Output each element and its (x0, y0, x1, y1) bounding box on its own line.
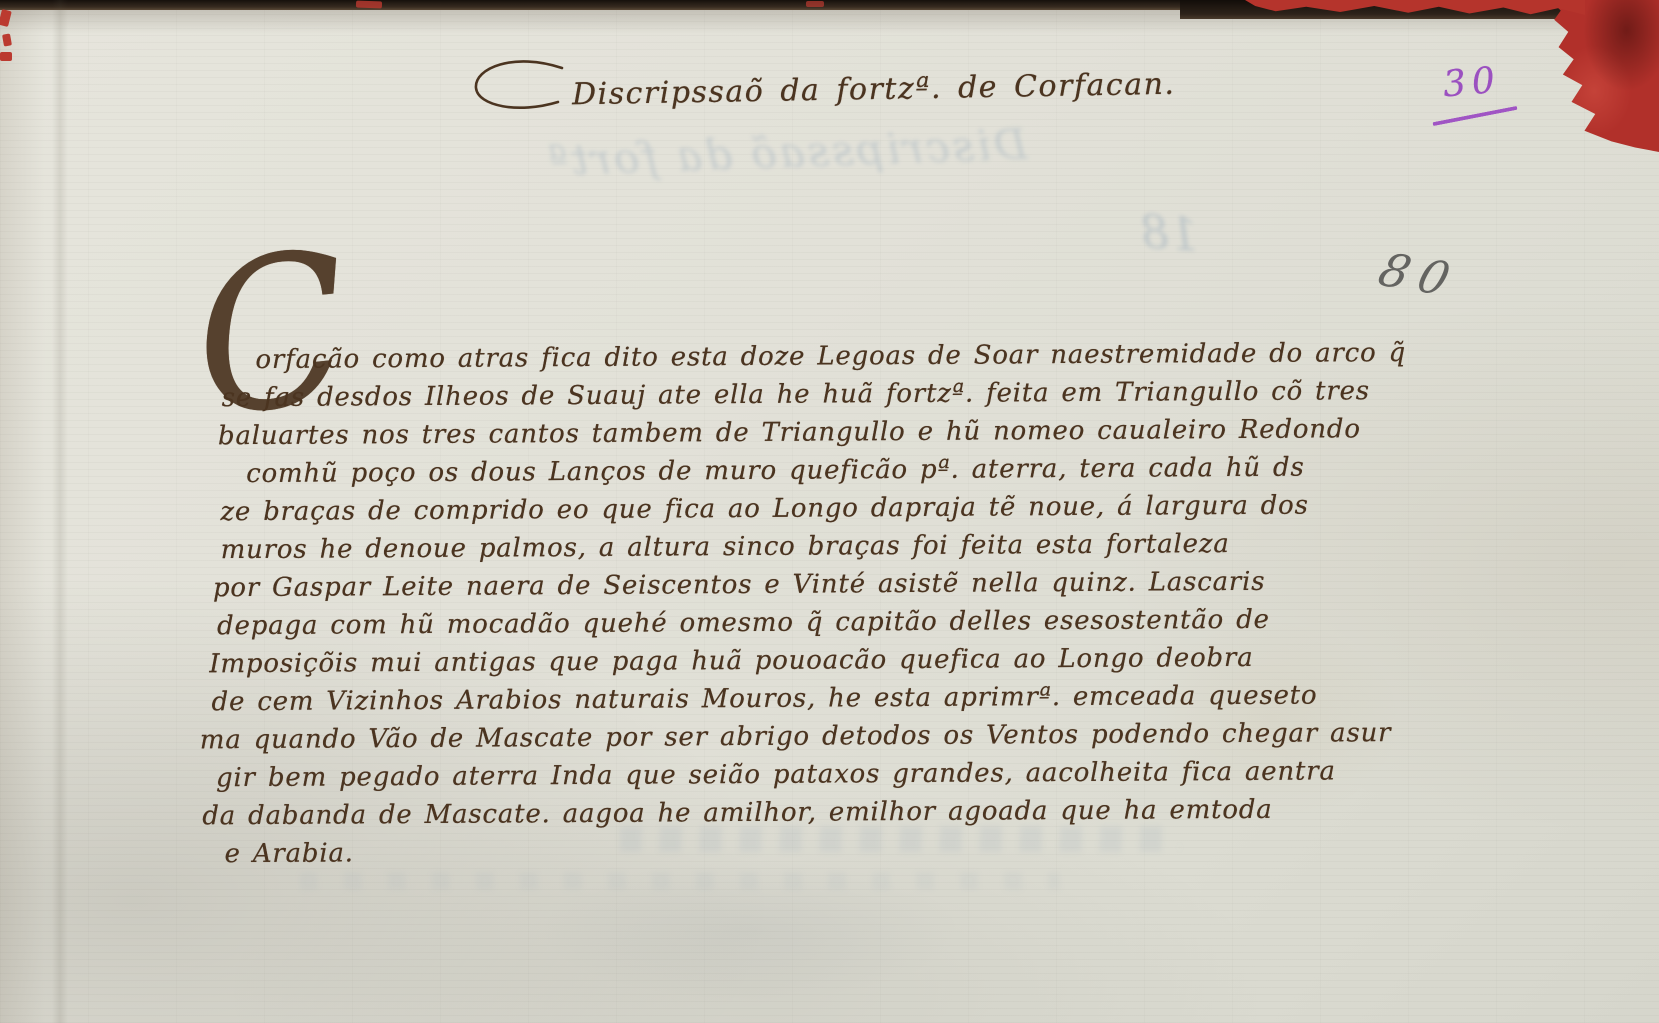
manuscript-line: gir bem pegado aterra Inda que seião pat… (216, 753, 1281, 798)
manuscript-line: por Gaspar Leite naera de Seiscentos e V… (213, 563, 1280, 608)
red-edge-speck (0, 52, 12, 61)
bleedthrough-number: 18 (1138, 204, 1200, 262)
folio-underline (1432, 106, 1517, 126)
page-crease (52, 0, 68, 1023)
red-edge-speck (0, 9, 12, 27)
manuscript-line: orfacão como atras fica dito esta doze L… (255, 335, 1278, 379)
manuscript-body: orfacão como atras fica dito esta doze L… (203, 335, 1281, 874)
manuscript-line: depaga com hũ mocadão quehé omesmo q̃ ca… (217, 601, 1280, 645)
bleedthrough-smudge (300, 872, 1060, 890)
manuscript-line: ma quando Vão de Mascate por ser abrigo … (200, 715, 1281, 760)
manuscript-line: comhũ poço os dous Lanços de muro quefic… (246, 449, 1279, 493)
manuscript-line: de cem Vizinhos Arabios naturais Mouros,… (211, 677, 1280, 722)
folio-number: 30 (1441, 60, 1502, 106)
page-title: Discripssaõ da fortzª. de Corfacan. (572, 66, 1176, 112)
red-fore-edge (1551, 0, 1659, 152)
manuscript-line: e Arabia. (224, 829, 1281, 873)
red-edge-speck (806, 1, 824, 7)
inventory-number: 80 (1373, 243, 1467, 307)
manuscript-line: da dabanda de Mascate. aagoa he amilhor,… (202, 791, 1281, 836)
red-edge-speck (2, 33, 12, 46)
manuscript-line: ze braças de comprido eo que fica ao Lon… (220, 487, 1279, 531)
manuscript-scan: Discripssaõ da fortª 18 Discripssaõ da f… (0, 0, 1659, 1023)
red-edge-speck (356, 1, 382, 9)
bleedthrough-title: Discripssaõ da fortª (544, 120, 1028, 186)
calligraphic-flourish (470, 58, 566, 120)
manuscript-line: se fas desdos Ilheos de Suauj ate ella h… (222, 373, 1279, 417)
manuscript-line: baluartes nos tres cantos tambem de Tria… (218, 411, 1279, 455)
manuscript-line: muros he denoue palmos, a altura sinco b… (221, 525, 1280, 569)
manuscript-line: Imposiçõis mui antigas que paga huã pouo… (209, 639, 1280, 684)
